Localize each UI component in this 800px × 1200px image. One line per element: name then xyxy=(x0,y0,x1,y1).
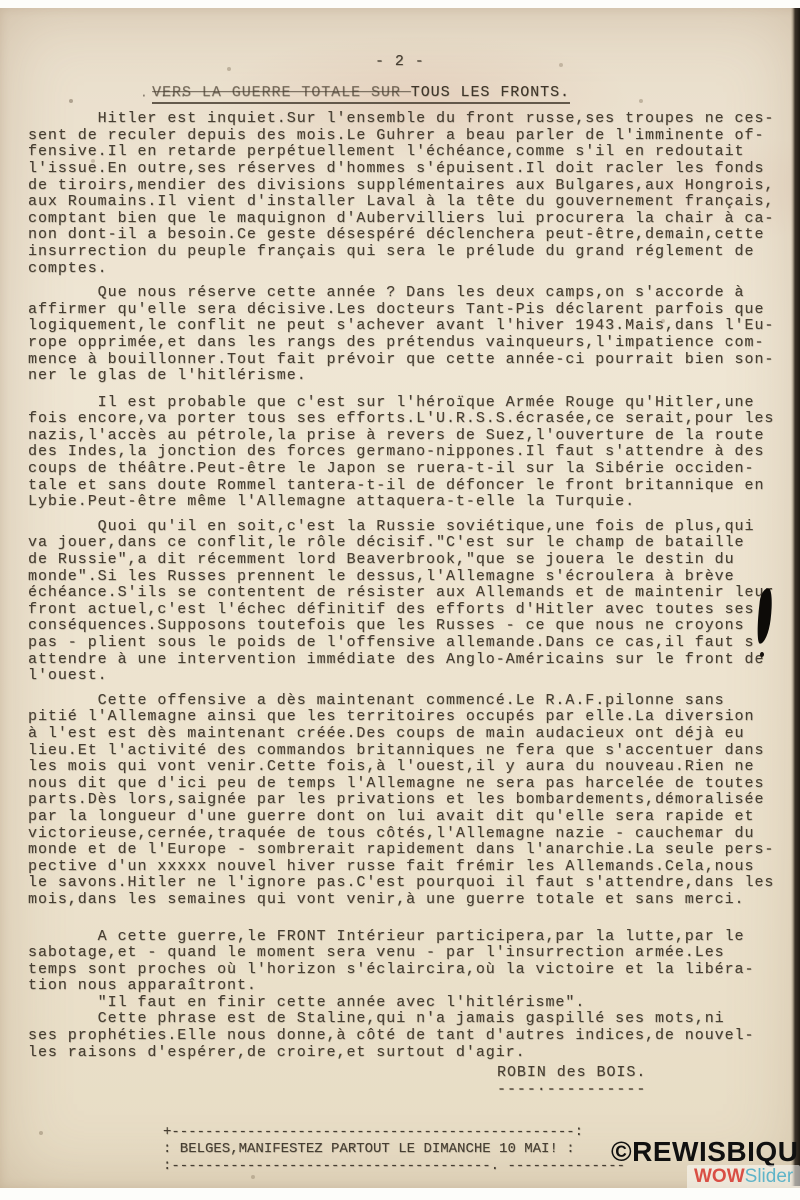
paper-specks xyxy=(0,8,2,10)
paper: - 2 - VERS LA GUERRE TOTALE SUR TOUS LES… xyxy=(0,8,800,1188)
quote-paragraph: "Il faut en finir cette année avec l'hit… xyxy=(28,995,800,1012)
paragraph: Quoi qu'il en soit,c'est la Russie sovié… xyxy=(28,519,800,685)
ink-dot xyxy=(760,652,764,657)
wowslider-logo-slider: Slider xyxy=(745,1166,794,1187)
stray-typewriter-marks: · ··· xyxy=(140,88,189,103)
signature: ROBIN des BOIS. xyxy=(497,1065,800,1082)
paragraph: Il est probable que c'est sur l'héroïque… xyxy=(28,395,800,511)
wowslider-logo[interactable]: WOWSlider xyxy=(687,1165,800,1190)
paragraph: A cette guerre,le FRONT Intérieur partic… xyxy=(28,929,800,995)
page-number: - 2 - xyxy=(375,54,800,71)
paragraph: Cette phrase est de Staline,qui n'a jama… xyxy=(28,1011,800,1061)
document-title-strong: TOUS LES FRONTS. xyxy=(411,84,570,101)
document-title: VERS LA GUERRE TOTALE SUR TOUS LES FRONT… xyxy=(152,85,570,105)
document-title-faded: VERS LA GUERRE TOTALE SUR xyxy=(152,84,411,101)
paragraph: Hitler est inquiet.Sur l'ensemble du fro… xyxy=(28,111,800,277)
wowslider-logo-wow: WOW xyxy=(694,1166,745,1187)
scan-edge-shadow xyxy=(791,8,800,1186)
copyright-watermark: ©REWISBIQUE xyxy=(611,1136,800,1168)
paragraph: Que nous réserve cette année ? Dans les … xyxy=(28,285,800,385)
signature-rule: ----·---------- xyxy=(497,1082,800,1099)
scanned-document-page: - 2 - VERS LA GUERRE TOTALE SUR TOUS LES… xyxy=(0,0,800,1200)
paragraph: Cette offensive a dès maintenant commenc… xyxy=(28,693,800,909)
